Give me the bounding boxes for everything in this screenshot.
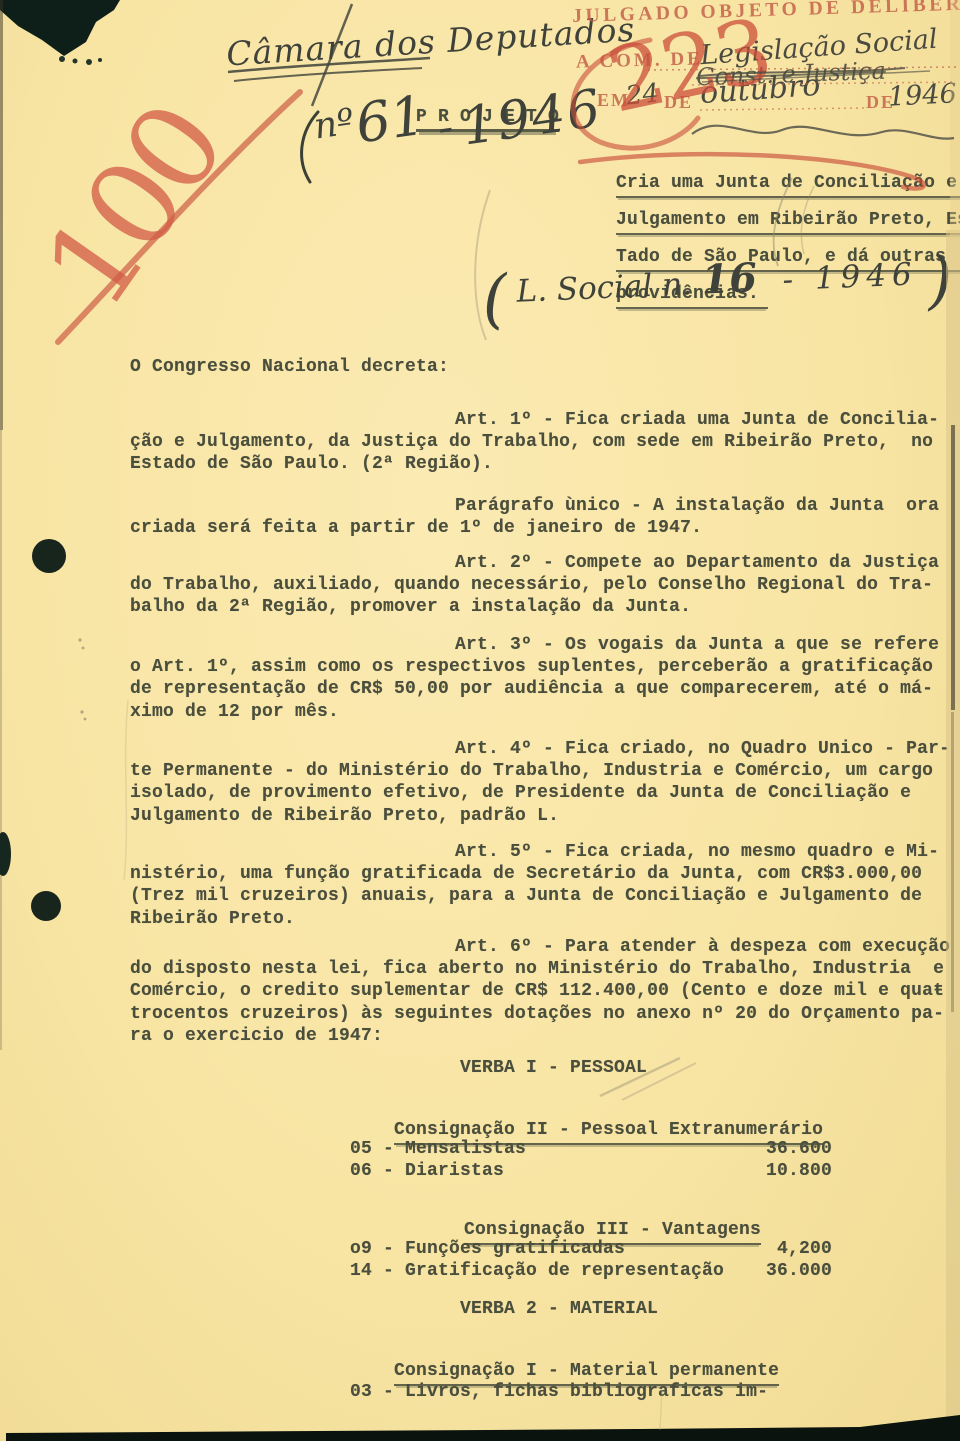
left-edge-blob bbox=[0, 832, 11, 876]
punch-hole-bottom bbox=[31, 891, 61, 921]
article-4-line: Art. 4º - Fica criado, no Quadro Unico -… bbox=[130, 738, 942, 760]
article-5-line: nistério, uma função gratificada de Secr… bbox=[130, 863, 942, 885]
budget-value: 10.800 bbox=[766, 1160, 832, 1182]
signature-scribble bbox=[692, 126, 954, 139]
pencil-crease bbox=[124, 700, 128, 880]
budget-value: 36.600 bbox=[766, 1138, 832, 1160]
left-paper-edge bbox=[0, 0, 3, 430]
article-6-line: Art. 6º - Para atender à despeza com exe… bbox=[130, 936, 942, 958]
budget-row-14: 14 - Gratificação de representação 36.00… bbox=[350, 1260, 832, 1282]
budget-row-05: 05 - Mensalistas 36.600 bbox=[350, 1138, 832, 1160]
article-1-line: Art. 1º - Fica criada uma Junta de Conci… bbox=[130, 409, 942, 431]
right-edge-line bbox=[951, 425, 955, 710]
article-2: Art. 2º - Compete ao Departamento da Jus… bbox=[130, 552, 942, 619]
red-corner-number: 100 bbox=[5, 65, 261, 349]
opening-line: O Congresso Nacional decreta: bbox=[130, 356, 449, 378]
article-5-line: (Trez mil cruzeiros) anuais, para a Junt… bbox=[130, 885, 942, 907]
law-ref-text: L. Social n. bbox=[516, 266, 693, 310]
stamp-year-handwriting: 1946 bbox=[887, 78, 957, 113]
budget-row-03-partial: 03 - Livros, fichas bibliograficas im- bbox=[350, 1381, 768, 1403]
ink-blob-top-left bbox=[0, 0, 120, 56]
article-6-line: Comércio, o credito suplementar de CR$ 1… bbox=[130, 980, 942, 1002]
law-ref-handwriting: ( L. Social n. 16 - 1946 ) bbox=[481, 246, 954, 330]
article-2-line: do Trabalho, auxiliado, quando necessári… bbox=[130, 574, 942, 596]
budget-row-06: 06 - Diaristas 10.800 bbox=[350, 1160, 832, 1182]
article-4-line: te Permanente - do Ministério do Trabalh… bbox=[130, 760, 942, 782]
article-6-line: do disposto nesta lei, fica aberto no Mi… bbox=[130, 958, 942, 980]
article-3-line: de representação de CR$ 50,00 por audiên… bbox=[130, 678, 942, 700]
paragrafo-line: criada será feita a partir de 1º de jane… bbox=[130, 517, 942, 539]
budget-label: 06 - Diaristas bbox=[350, 1161, 504, 1181]
verba1-heading: VERBA I - PESSOAL bbox=[460, 1057, 647, 1079]
budget-value: 4,200 bbox=[777, 1238, 832, 1260]
article-6-line: ra o exercicio de 1947: bbox=[130, 1025, 942, 1047]
article-5: Art. 5º - Fica criada, no mesmo quadro e… bbox=[130, 841, 942, 930]
article-3-line: ximo de 12 por mês. bbox=[130, 701, 942, 723]
bottom-scan-bar bbox=[6, 1415, 960, 1441]
law-ref-close-paren: ) bbox=[926, 243, 954, 318]
article-4: Art. 4º - Fica criado, no Quadro Unico -… bbox=[130, 738, 942, 827]
article-3-line: Art. 3º - Os vogais da Junta a que se re… bbox=[130, 634, 942, 656]
article-3-line: o Art. 1º, assim como os respectivos sup… bbox=[130, 656, 942, 678]
article-6: Art. 6º - Para atender à despeza com exe… bbox=[130, 936, 942, 1047]
verba2-heading: VERBA 2 - MATERIAL bbox=[460, 1298, 658, 1320]
budget-label: 14 - Gratificação de representação bbox=[350, 1261, 724, 1281]
article-2-line: balho da 2ª Região, promover a instalaçã… bbox=[130, 596, 942, 618]
paragrafo-line: Parágrafo ùnico - A instalação da Junta … bbox=[130, 495, 942, 517]
article-3: Art. 3º - Os vogais da Junta a que se re… bbox=[130, 634, 942, 723]
article-1: Art. 1º - Fica criada uma Junta de Conci… bbox=[130, 409, 942, 476]
budget-row-09: o9 - Funções gratificadas 4,200 bbox=[350, 1238, 832, 1260]
paragrafo-unico: Parágrafo ùnico - A instalação da Junta … bbox=[130, 495, 942, 539]
project-number: 61 bbox=[352, 84, 429, 156]
law-ref-open-paren: ( bbox=[481, 262, 509, 337]
scanned-document-page: 100 Câmara dos Deputados JULGADO OBJETO … bbox=[0, 0, 960, 1441]
budget-value: 36.000 bbox=[766, 1260, 832, 1282]
article-5-line: Art. 5º - Fica criada, no mesmo quadro e… bbox=[130, 841, 942, 863]
punch-hole-top bbox=[32, 539, 66, 573]
article-4-line: isolado, de provimento efetivo, de Presi… bbox=[130, 782, 942, 804]
stamp-julgado-line: JULGADO OBJETO DE DELIBERAÇÃO bbox=[572, 0, 960, 28]
article-5-line: Ribeirão Preto. bbox=[130, 908, 942, 930]
right-edge-shadow bbox=[946, 230, 960, 1441]
article-4-line: Julgamento de Ribeirão Preto, padrão L. bbox=[130, 805, 942, 827]
article-1-line: ção e Julgamento, da Justiça do Trabalho… bbox=[130, 431, 942, 453]
article-6-line: trocentos cruzeiros) às seguintes dotaçõ… bbox=[130, 1003, 942, 1025]
law-ref-year: - 1946 bbox=[766, 256, 919, 299]
article-1-line: Estado de São Paulo. (2ª Região). bbox=[130, 453, 942, 475]
budget-label: 05 - Mensalistas bbox=[350, 1139, 526, 1159]
article-2-line: Art. 2º - Compete ao Departamento da Jus… bbox=[130, 552, 942, 574]
budget-label: o9 - Funções gratificadas bbox=[350, 1239, 625, 1259]
project-no-prefix: nº bbox=[311, 101, 356, 147]
law-ref-number: 16 bbox=[700, 254, 758, 303]
